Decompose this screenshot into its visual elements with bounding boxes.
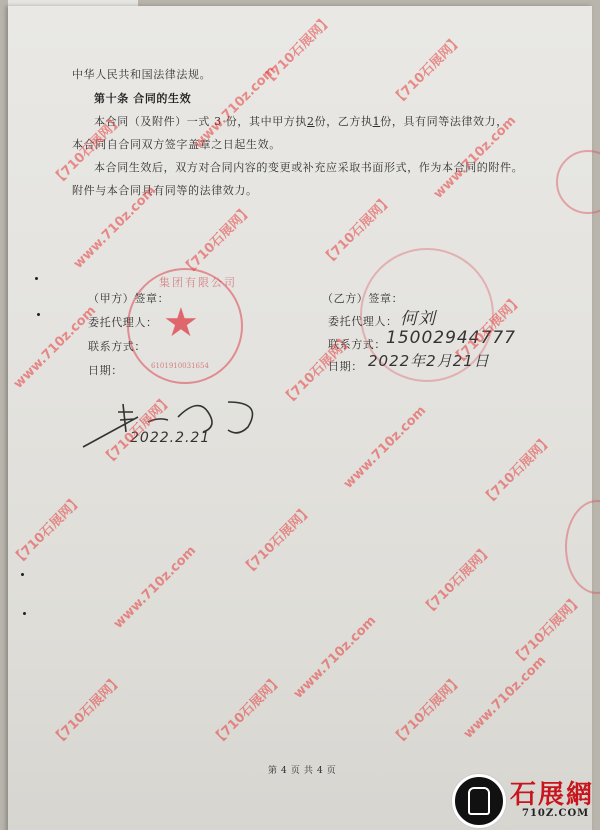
text-line: 本合同生效后，双方对合同内容的变更或补充应采取书面形式，作为本合同的附件。 [94, 159, 523, 175]
text-segment: 份，具有同等法律效力， [380, 115, 508, 128]
party-a-handwritten-date: 2022.2.21 [130, 430, 210, 446]
logo-title: 石展網 [510, 774, 594, 811]
binder-mark [35, 277, 38, 280]
party-a-copies: 2 [307, 115, 315, 128]
party-a-date-label: 日期： [88, 362, 123, 378]
party-a-agent-label: 委托代理人： [88, 314, 158, 330]
party-b-date-label: 日期： [328, 358, 363, 374]
seal-number: 6101910031654 [151, 362, 209, 370]
page-footer: 第 4 页 共 4 页 [268, 763, 336, 776]
party-b-agent-label: 委托代理人： [328, 313, 398, 329]
star-icon: ★ [163, 300, 199, 346]
party-b-contact-value: 15002944777 [386, 328, 516, 348]
seal-text: 集团有限公司 [159, 274, 237, 290]
text-segment: 份，乙方执 [315, 115, 373, 128]
party-a-seal-label: （甲方）签章： [88, 290, 169, 306]
binder-mark [23, 612, 26, 615]
party-b-date-value: 2022年2月21日 [368, 350, 490, 371]
party-b-seal-label: （乙方）签章： [322, 290, 403, 306]
text-segment: 本合同（及附件）一式 3 份，其中甲方执 [94, 115, 307, 128]
binder-mark [21, 573, 24, 576]
site-logo: 石展網 710Z.COM [452, 770, 597, 828]
party-b-agent-value: 何刘 [400, 304, 436, 329]
text-line: 附件与本合同具有同等的法律效力。 [72, 182, 258, 198]
logo-subtitle: 710Z.COM [522, 808, 589, 819]
text-line: 本合同（及附件）一式 3 份，其中甲方执2份，乙方执1份，具有同等法律效力， [94, 113, 508, 129]
party-a-contact-label: 联系方式： [88, 338, 146, 354]
article-title: 第十条 合同的生效 [94, 90, 191, 106]
binder-mark [37, 313, 40, 316]
text-line: 本合同自合同双方签字盖章之日起生效。 [72, 136, 281, 152]
logo-emblem-icon [452, 774, 506, 828]
text-line: 中华人民共和国法律法规。 [72, 66, 211, 82]
